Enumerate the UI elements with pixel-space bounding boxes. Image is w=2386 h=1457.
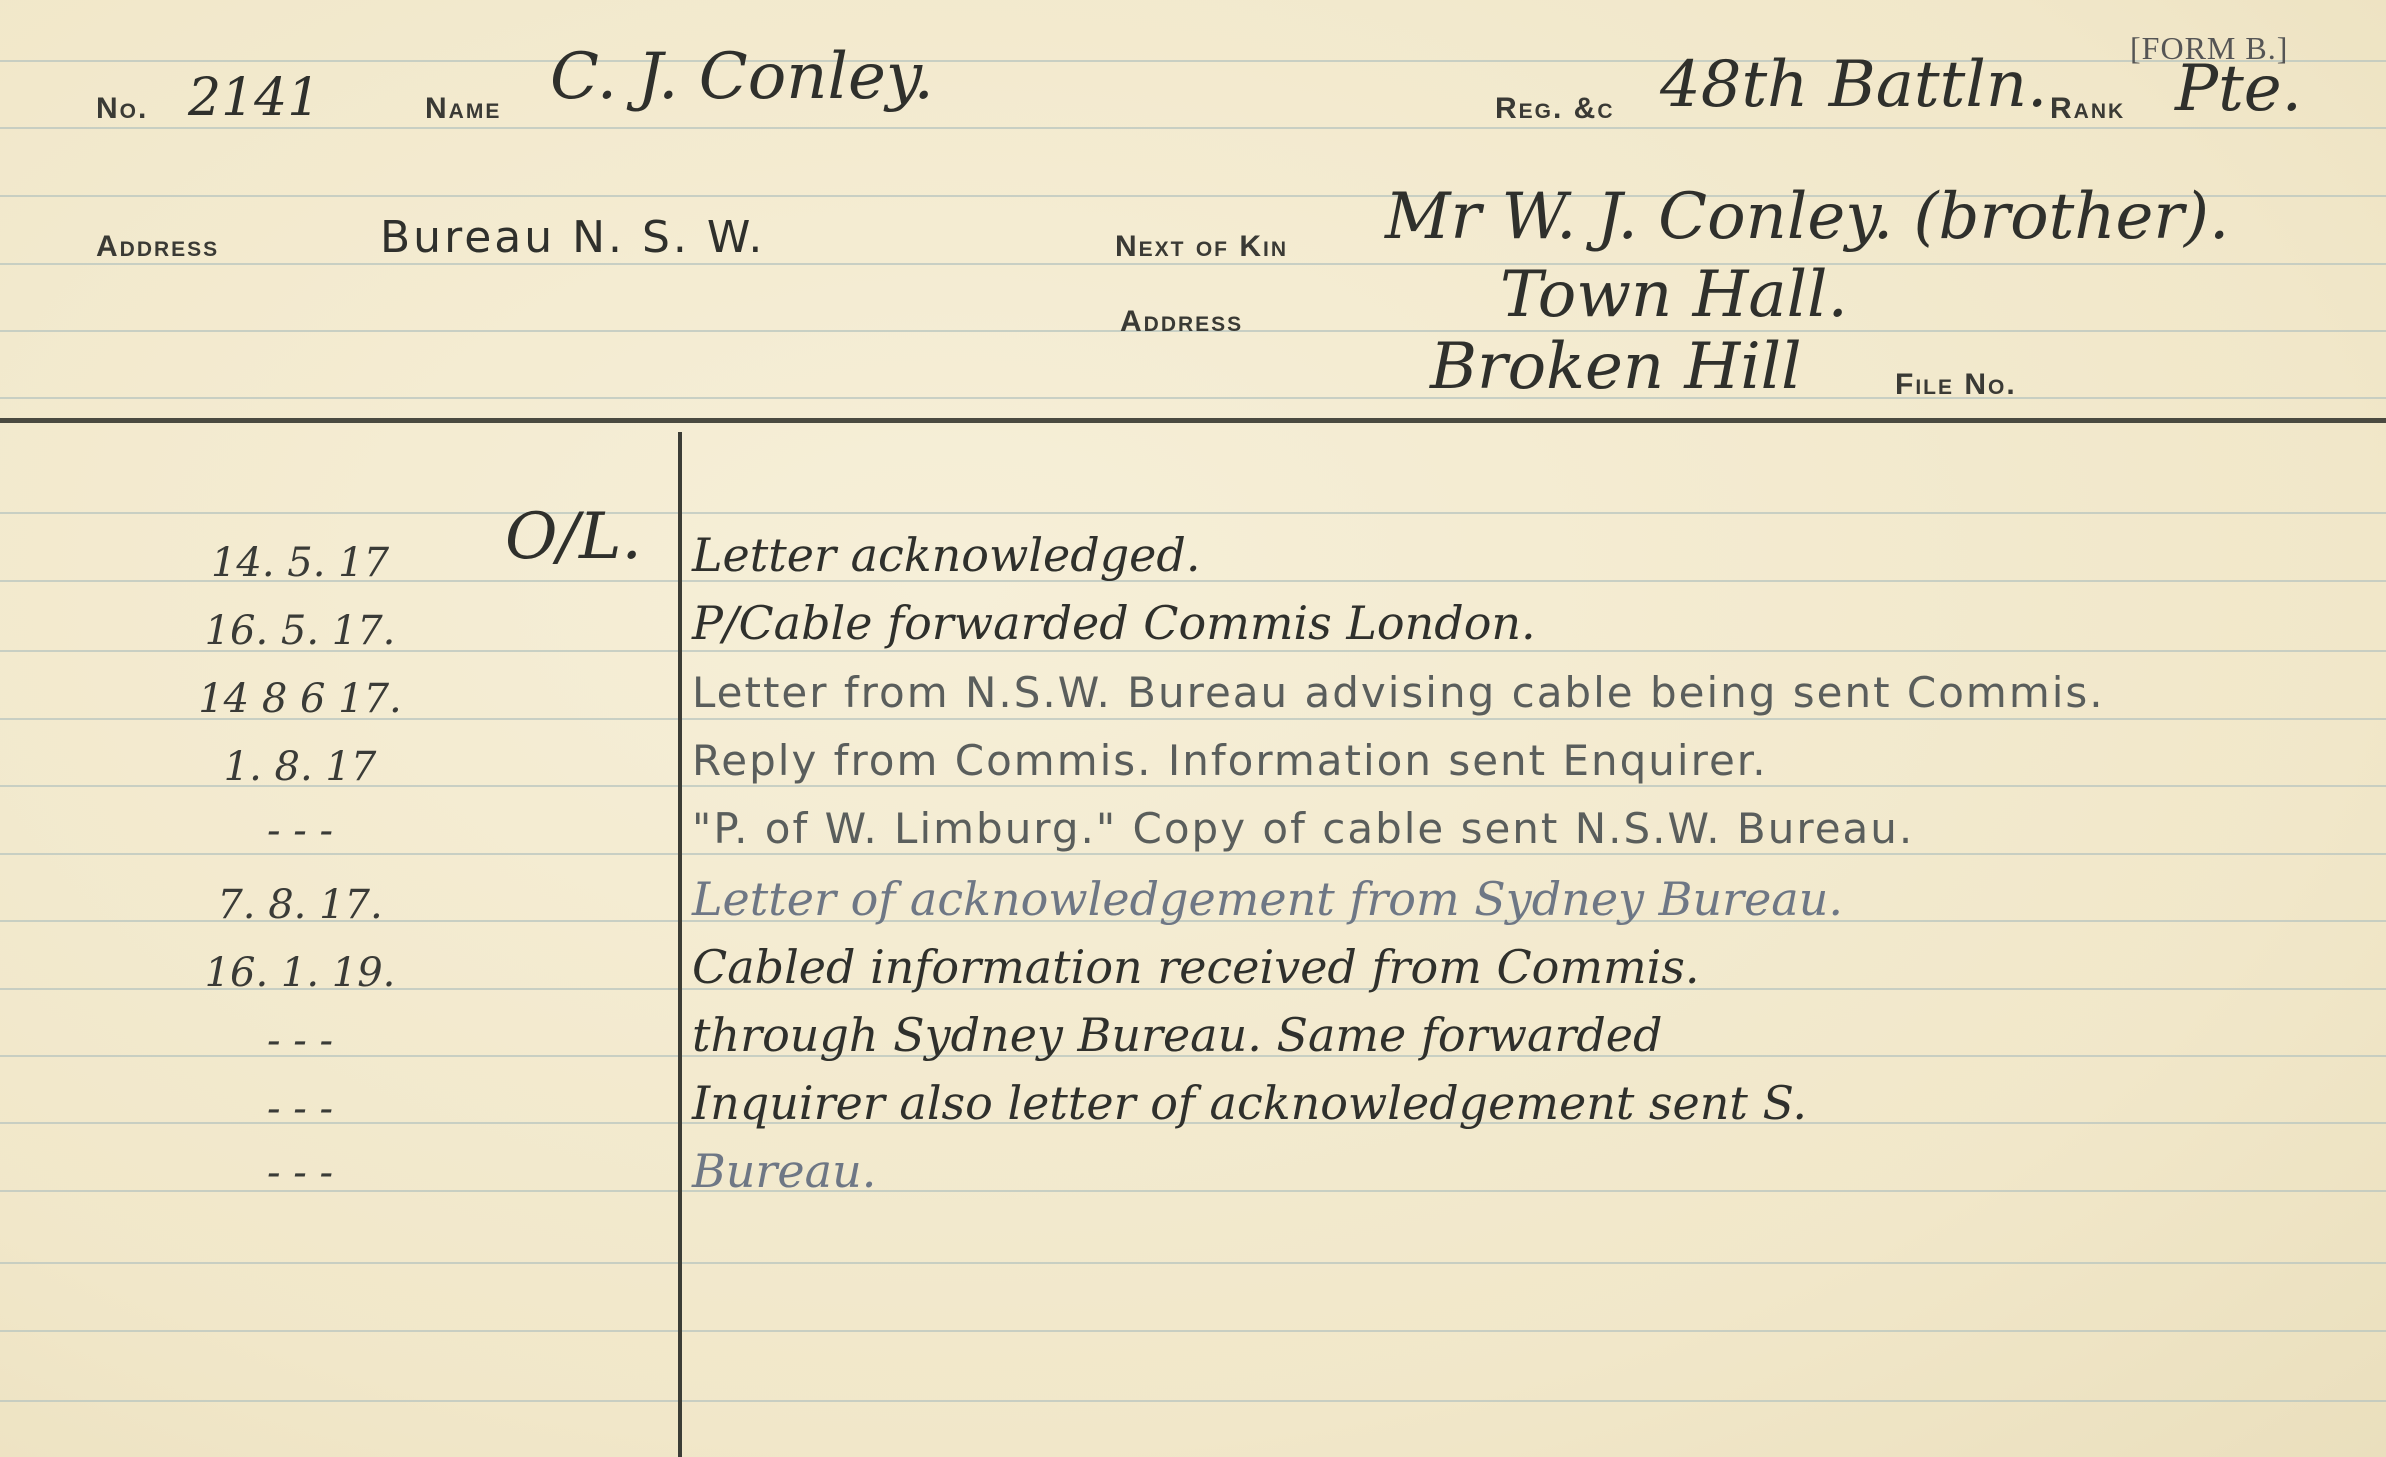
rank-label: Rank [2050, 92, 2125, 126]
reg-label: Reg. &c [1495, 92, 1615, 126]
ruled-line [0, 1400, 2386, 1402]
entry-date: - - - [150, 1018, 450, 1064]
kin-address-line1: Town Hall. [1500, 258, 1848, 332]
entry-text: Letter acknowledged. [692, 528, 1200, 582]
column-divider [678, 432, 682, 1457]
entry-date: 16. 5. 17. [150, 608, 450, 654]
address-label: Address [96, 230, 219, 264]
rank-value: Pte. [2175, 52, 2302, 126]
entry-date: - - - [150, 808, 450, 854]
entry-date: 7. 8. 17. [150, 882, 450, 928]
file-no-label: File No. [1895, 368, 2017, 402]
regiment-value: 48th Battln. [1660, 48, 2047, 122]
next-of-kin-value: Mr W. J. Conley. (brother). [1385, 180, 2229, 254]
kin-address-label: Address [1120, 305, 1243, 339]
kin-address-line2: Broken Hill [1430, 330, 1802, 404]
entry-date: - - - [150, 1150, 450, 1196]
annotation-ol: O/L. [505, 500, 642, 574]
entry-text: Reply from Commis. Information sent Enqu… [692, 736, 1768, 785]
entry-text: "P. of W. Limburg." Copy of cable sent N… [692, 804, 1914, 853]
entry-text: Bureau. [692, 1144, 876, 1198]
soldier-name: C. J. Conley. [550, 40, 934, 114]
entry-date: 1. 8. 17 [150, 744, 450, 790]
entry-text: Inquirer also letter of acknowledgement … [692, 1076, 1807, 1130]
ruled-line [0, 512, 2386, 514]
entry-text: Letter of acknowledgement from Sydney Bu… [692, 872, 1843, 926]
service-number: 2141 [188, 68, 320, 128]
header-divider [0, 418, 2386, 423]
ruled-line [0, 127, 2386, 129]
entry-text: P/Cable forwarded Commis London. [692, 596, 1536, 650]
entry-date: 16. 1. 19. [150, 950, 450, 996]
ruled-line [0, 1330, 2386, 1332]
name-label: Name [425, 92, 501, 126]
ruled-line [0, 397, 2386, 399]
ruled-line [0, 1262, 2386, 1264]
entry-text: Letter from N.S.W. Bureau advising cable… [692, 668, 2105, 717]
entry-date: - - - [150, 1086, 450, 1132]
entry-date: 14. 5. 17 [150, 540, 450, 586]
record-card: [FORM B.] No. 2141 Name C. J. Conley. Re… [0, 0, 2386, 1457]
address-value: Bureau N. S. W. [380, 212, 765, 263]
entry-date: 14 8 6 17. [150, 676, 450, 722]
next-of-kin-label: Next of Kin [1115, 230, 1288, 264]
entry-text: through Sydney Bureau. Same forwarded [692, 1008, 1662, 1062]
entry-text: Cabled information received from Commis. [692, 940, 1700, 994]
no-label: No. [96, 92, 148, 126]
